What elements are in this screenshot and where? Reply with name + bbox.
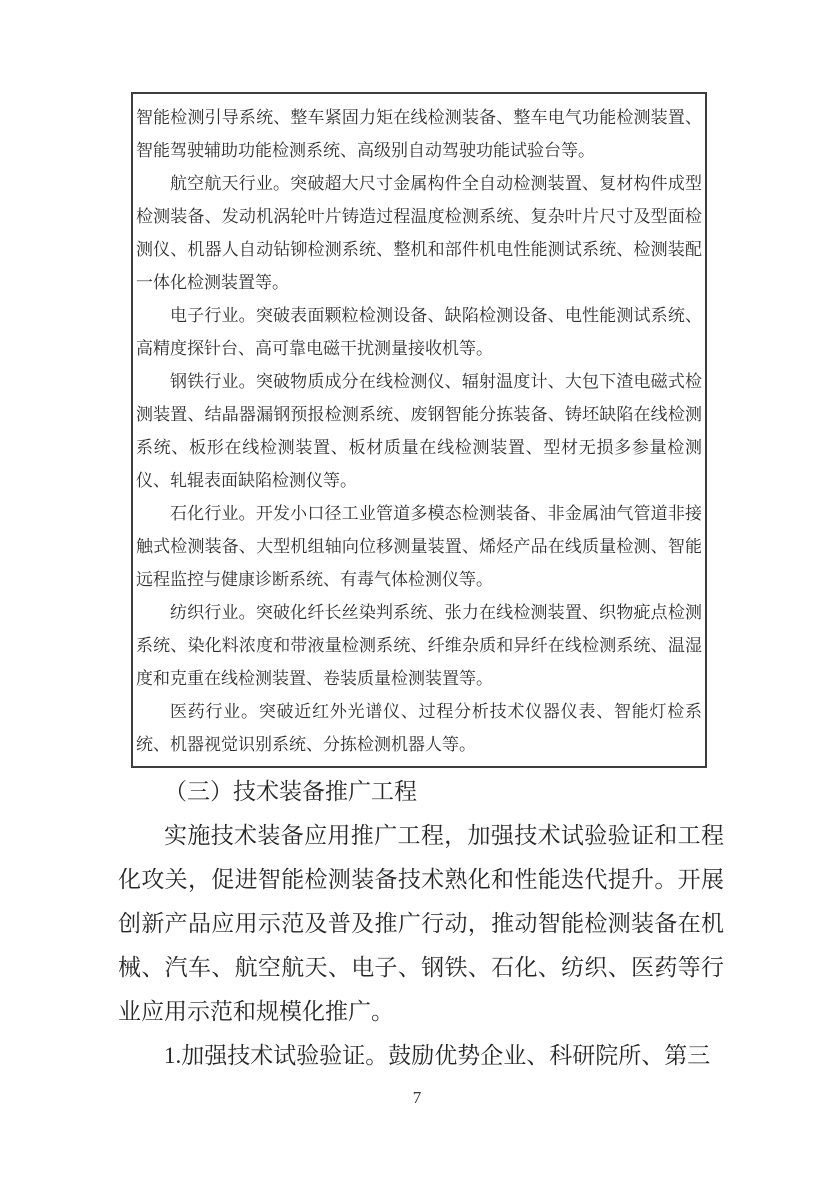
box-paragraph-aerospace: 航空航天行业。突破超大尺寸金属构件全自动检测装置、复材构件成型检测装备、发动机涡… [136,167,702,299]
box-paragraph-textile: 纺织行业。突破化纤长丝染判系统、张力在线检测装置、织物疵点检测系统、染化料浓度和… [136,596,702,695]
page-number: 7 [0,1088,834,1108]
industry-equipment-box: 智能检测引导系统、整车紧固力矩在线检测装备、整车电气功能检测装置、智能驾驶辅助功… [131,92,707,768]
box-paragraph-pharma: 医药行业。突破近红外光谱仪、过程分析技术仪器仪表、智能灯检系统、机器视觉识别系统… [136,695,702,761]
box-paragraph-petrochemical: 石化行业。开发小口径工业管道多模态检测装备、非金属油气管道非接触式检测装备、大型… [136,497,702,596]
box-paragraph-auto-continued: 智能检测引导系统、整车紧固力矩在线检测装备、整车电气功能检测装置、智能驾驶辅助功… [136,101,702,167]
box-paragraph-electronics: 电子行业。突破表面颗粒检测设备、缺陷检测设备、电性能测试系统、高精度探针台、高可… [136,299,702,365]
box-paragraph-steel: 钢铁行业。突破物质成分在线检测仪、辐射温度计、大包下渣电磁式检测装置、结晶器漏钢… [136,365,702,497]
section-heading: （三）技术装备推广工程 [118,770,724,814]
document-page: 智能检测引导系统、整车紧固力矩在线检测装备、整车电气功能检测装置、智能驾驶辅助功… [0,0,834,1181]
section-body: （三）技术装备推广工程 实施技术装备应用推广工程，加强技术试验验证和工程化攻关，… [118,770,724,1078]
section-paragraph-verification: 1.加强技术试验验证。鼓励优势企业、科研院所、第三 [118,1034,724,1078]
section-paragraph-promotion: 实施技术装备应用推广工程，加强技术试验验证和工程化攻关，促进智能检测装备技术熟化… [118,814,724,1034]
